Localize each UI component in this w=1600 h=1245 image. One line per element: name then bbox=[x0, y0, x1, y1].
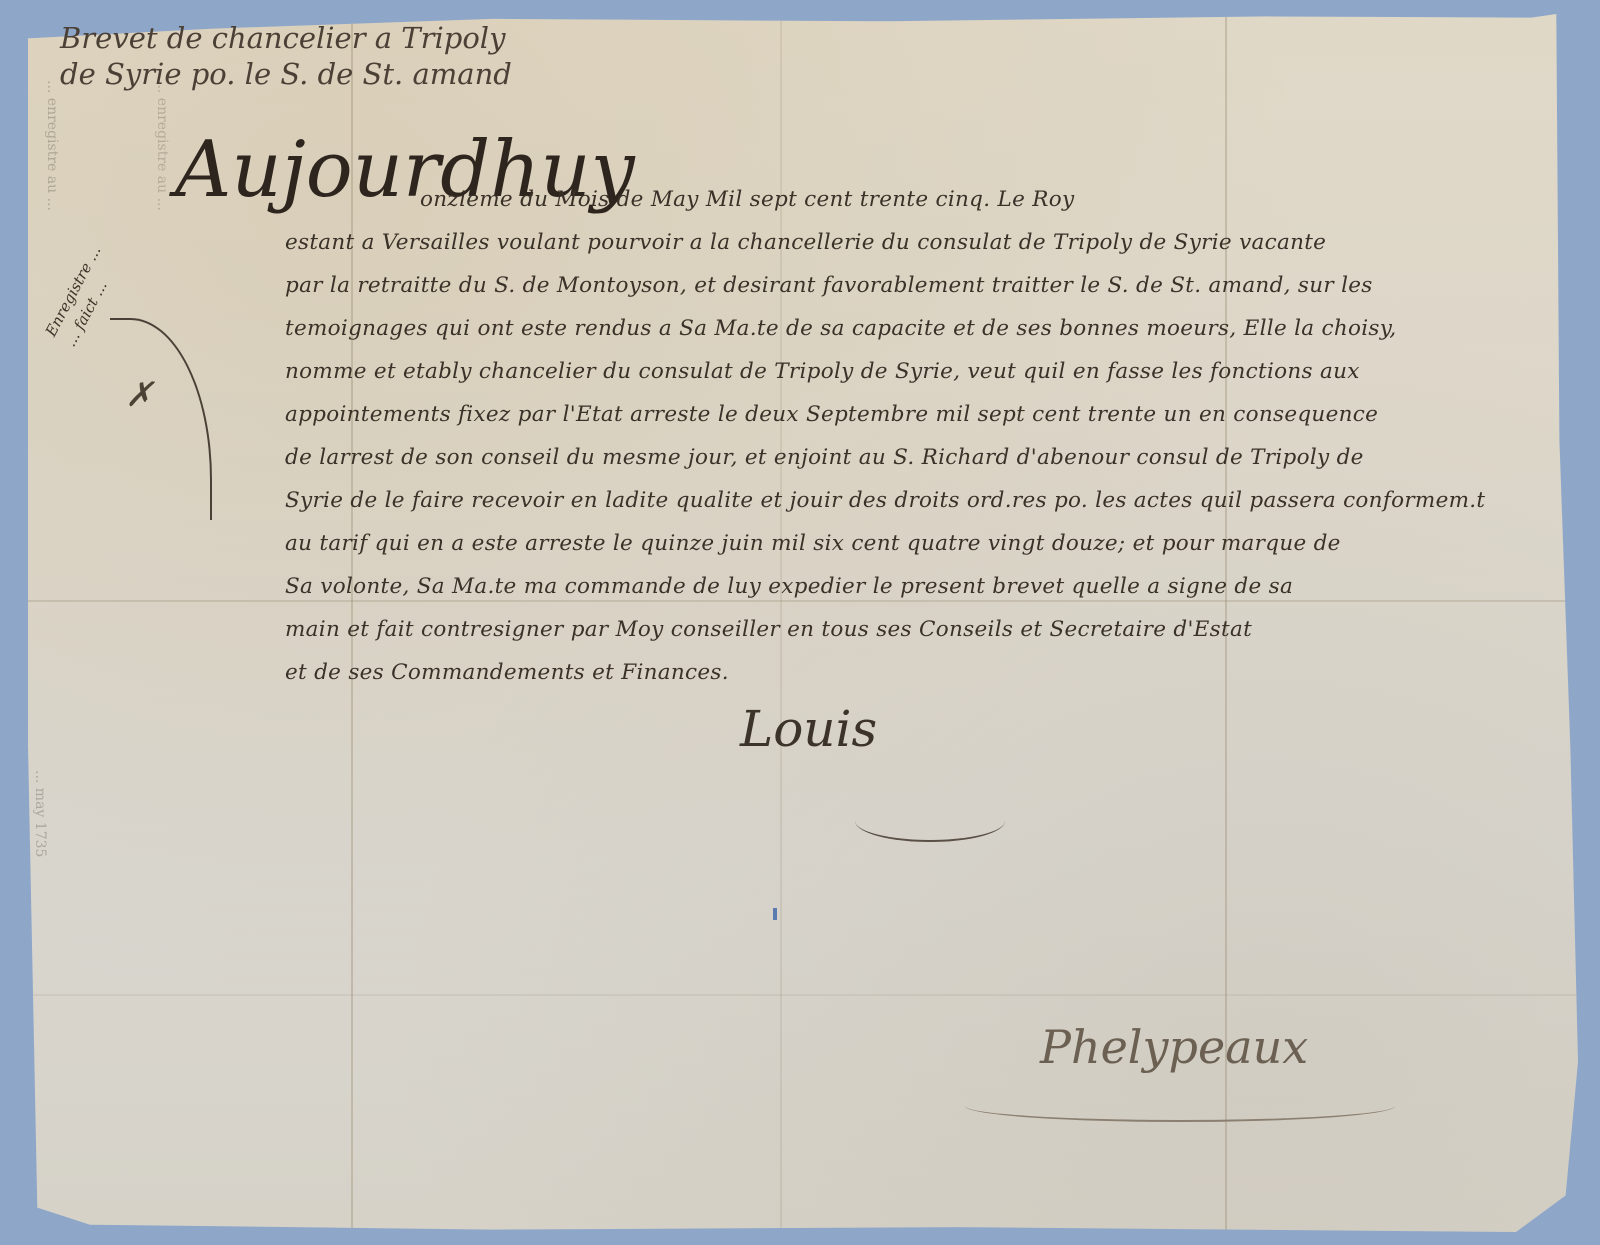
body-line: Sa volonte, Sa Ma.te ma commande de luy … bbox=[285, 565, 1545, 608]
body-line: au tarif qui en a este arreste le quinze… bbox=[285, 522, 1545, 565]
king-signature: Louis bbox=[740, 700, 877, 758]
body-line: estant a Versailles voulant pourvoir a l… bbox=[285, 221, 1545, 264]
countersignature: Phelypeaux bbox=[1040, 1020, 1308, 1074]
body-line: appointements fixez par l'Etat arreste l… bbox=[285, 393, 1545, 436]
body-line: nomme et etably chancelier du consulat d… bbox=[285, 350, 1545, 393]
faint-margin-date: ... may 1735 bbox=[32, 770, 48, 857]
body-line: Syrie de le faire recevoir en ladite qua… bbox=[285, 479, 1545, 522]
king-signature-flourish bbox=[855, 800, 1005, 842]
endorsement-line: de Syrie po. le S. de St. amand bbox=[60, 56, 512, 92]
body-line: par la retraitte du S. de Montoyson, et … bbox=[285, 264, 1545, 307]
endorsement-line: Brevet de chancelier a Tripoly bbox=[60, 20, 512, 56]
body-line: main et fait contresigner par Moy consei… bbox=[285, 608, 1545, 651]
countersignature-flourish bbox=[965, 1090, 1395, 1122]
faint-margin-text: ... enregistre au ... bbox=[154, 80, 170, 211]
body-line: onzieme du Mois de May Mil sept cent tre… bbox=[420, 178, 1545, 221]
document-body: onzieme du Mois de May Mil sept cent tre… bbox=[285, 178, 1545, 694]
ink-blot bbox=[773, 908, 777, 920]
endorsement-note: Brevet de chancelier a Tripoly de Syrie … bbox=[60, 20, 512, 92]
body-line: temoignages qui ont este rendus a Sa Ma.… bbox=[285, 307, 1545, 350]
paraphe-mark-icon: ✗ bbox=[125, 375, 154, 415]
body-line: de larrest de son conseil du mesme jour,… bbox=[285, 436, 1545, 479]
faint-margin-text: ... enregistre au ... bbox=[44, 80, 60, 211]
fold-line-horizontal bbox=[28, 994, 1578, 996]
body-line: et de ses Commandements et Finances. bbox=[285, 651, 1545, 694]
